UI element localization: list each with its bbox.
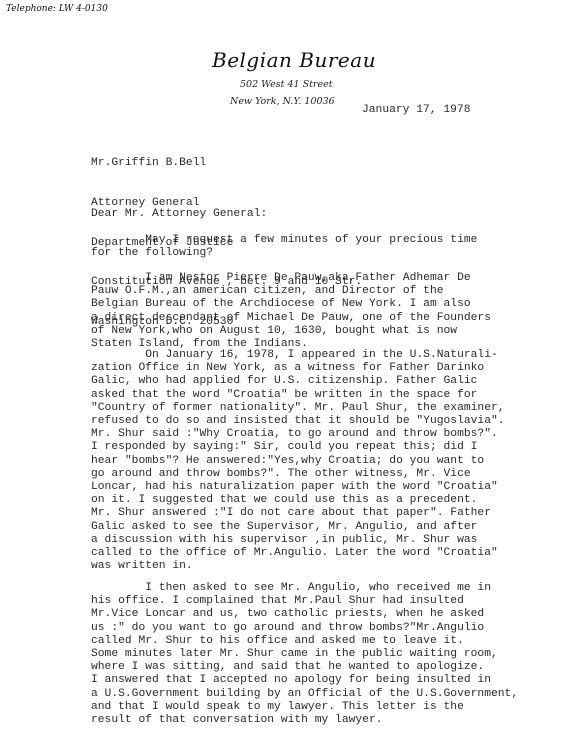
paragraph-line: I then asked to see Mr. Angulio, who rec… <box>91 582 518 595</box>
paragraph-line: his office. I complained that Mr.Paul Sh… <box>91 595 518 608</box>
paragraph-line: called Mr. Shur to his office and asked … <box>91 635 518 648</box>
paragraph-line: Galic, who had applied for U.S. citizens… <box>91 375 505 388</box>
letter-date: January 17, 1978 <box>362 104 470 117</box>
letterhead-address-city: New York, N.Y. 10036 <box>230 96 335 107</box>
paragraph-line: Some minutes later Mr. Shur came in the … <box>91 648 518 661</box>
paragraph-line: Belgian Bureau of the Archdiocese of New… <box>91 298 491 311</box>
paragraph-incident: On January 16, 1978, I appeared in the U… <box>91 349 505 573</box>
paragraph-line: Loncar, had his naturalization paper wit… <box>91 481 505 494</box>
paragraph-line: I answered that I accepted no apology fo… <box>91 674 518 687</box>
paragraph-request: May I request a few minutes of your prec… <box>91 234 477 260</box>
paragraph-line: Mr.Vice Loncar and us, two catholic prie… <box>91 608 518 621</box>
paragraph-line: a discussion with his supervisor ,in pub… <box>91 534 505 547</box>
paragraph-line: and that I would speak to my lawyer. Thi… <box>91 701 518 714</box>
letterhead-organization: Belgian Bureau <box>212 48 376 72</box>
salutation: Dear Mr. Attorney General: <box>91 208 267 221</box>
paragraph-line: Pauw O.F.M.,an american citizen, and Dir… <box>91 285 491 298</box>
paragraph-introduction: I am Nestor Pierre De Pauw,aka,Father Ad… <box>91 272 491 351</box>
paragraph-line: On January 16, 1978, I appeared in the U… <box>91 349 505 362</box>
paragraph-complaint: I then asked to see Mr. Angulio, who rec… <box>91 582 518 727</box>
paragraph-line: "Country of former nationality". Mr. Pau… <box>91 402 505 415</box>
addressee-line: Mr.Griffin B.Bell <box>91 157 362 170</box>
letterhead-telephone: Telephone: LW 4-0130 <box>6 4 108 14</box>
paragraph-line: a U.S.Government building by an Official… <box>91 688 518 701</box>
paragraph-line: a direct descendant of Michael De Pauw, … <box>91 312 491 325</box>
paragraph-line: asked that the word "Croatia" be written… <box>91 389 505 402</box>
paragraph-line: of New York,who on August 10, 1630, boug… <box>91 325 491 338</box>
paragraph-line: hear "bombs"? He answered:"Yes,why Croat… <box>91 455 505 468</box>
paragraph-line: called to the office of Mr.Angulio. Late… <box>91 547 505 560</box>
paragraph-line: on it. I suggested that we could use thi… <box>91 494 505 507</box>
paragraph-line: Galic asked to see the Supervisor, Mr. A… <box>91 521 505 534</box>
paragraph-line: zation Office in New York, as a witness … <box>91 362 505 375</box>
paragraph-line: I am Nestor Pierre De Pauw,aka,Father Ad… <box>91 272 491 285</box>
paragraph-line: result of that conversation with my lawy… <box>91 714 518 727</box>
paragraph-line: for the following? <box>91 247 477 260</box>
paragraph-line: was written in. <box>91 560 505 573</box>
paragraph-line: refused to do so and insisted that it sh… <box>91 415 505 428</box>
paragraph-line: where I was sitting, and said that he wa… <box>91 661 518 674</box>
letterhead-address-street: 502 West 41 Street <box>240 79 333 90</box>
paragraph-line: May I request a few minutes of your prec… <box>91 234 477 247</box>
paragraph-line: I responded by saying:" Sir, could you r… <box>91 441 505 454</box>
paragraph-line: Mr. Shur said :"Why Croatia, to go aroun… <box>91 428 505 441</box>
paragraph-line: Mr. Shur answered :"I do not care about … <box>91 507 505 520</box>
paragraph-line: go around and throw bombs?". The other w… <box>91 468 505 481</box>
paragraph-line: us :" do you want to go around and throw… <box>91 622 518 635</box>
